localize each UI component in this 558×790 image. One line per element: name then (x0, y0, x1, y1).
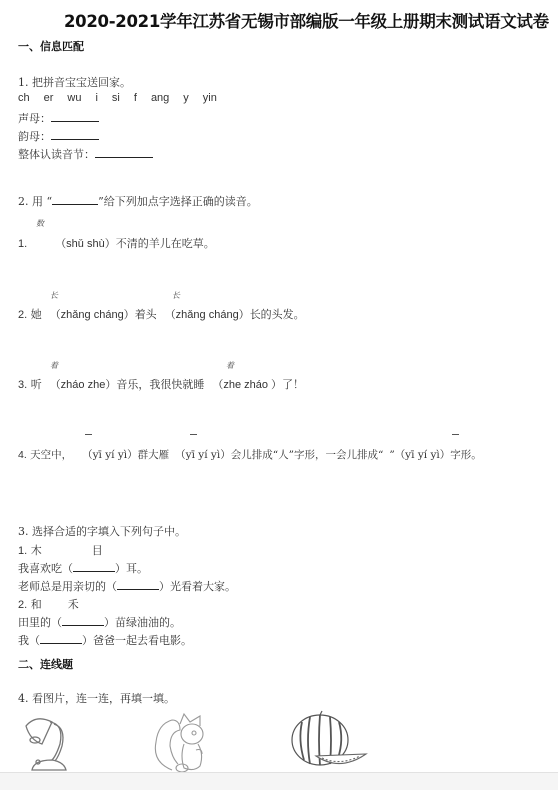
lamp-picture-icon (22, 714, 72, 772)
fill-blank[interactable] (73, 562, 115, 572)
dotted-char-mark: 长 (50, 290, 58, 301)
zhengti-label: 整体认读音节： (18, 148, 95, 161)
fill-blank[interactable] (62, 616, 104, 626)
dotted-char-mark: 长 (172, 290, 180, 301)
pinyin-item: wu (67, 92, 81, 104)
dotted-char-mark: 数 (36, 218, 44, 229)
q1-zhengti-row: 整体认读音节： (18, 146, 153, 162)
sentence-text: 音乐，我很快就睡 (116, 378, 204, 391)
sentence-text: 了！ (282, 378, 304, 391)
item-number: 3. (18, 379, 27, 391)
document-page: 2020-2021学年江苏省无锡市部编版一年级上册期末测试语文试卷 一、信息匹配… (0, 0, 558, 772)
fill-blank[interactable] (40, 634, 82, 644)
sentence-text: 她 (31, 308, 42, 321)
dotted-char-mark: 着 (50, 360, 58, 371)
shengmu-label: 声母： (18, 112, 51, 125)
q1-shengmu-row: 声母： (18, 110, 99, 126)
sentence-text: 老师总是用亲切的（ (18, 580, 117, 593)
pinyin-item: ang (151, 92, 169, 104)
sentence-text: 会儿排成“人”字形，一会儿排成“ (231, 449, 384, 461)
choice-char: 和 (31, 598, 42, 611)
sentence-text: 字形。 (450, 449, 482, 461)
pinyin-item: si (112, 92, 120, 104)
pinyin-item: yin (203, 92, 217, 104)
pinyin-options: （zhǎng cháng） (50, 309, 135, 321)
pinyin-item: f (134, 92, 137, 104)
item-number: 2. (18, 309, 27, 321)
q2-prompt-pre: 2. 用 “ (18, 195, 52, 208)
pinyin-item: y (183, 92, 189, 104)
choice-char: 木 (31, 544, 42, 557)
yunmu-label: 韵母： (18, 130, 51, 143)
q1-yunmu-row: 韵母： (18, 128, 99, 144)
item-number: 4. (18, 449, 27, 461)
sentence-text: 天空中， (30, 449, 72, 461)
pinyin-item: i (95, 92, 97, 104)
sentence-text: 我喜欢吃（ (18, 562, 73, 575)
squirrel-picture-icon (150, 712, 218, 774)
sentence-text: 田里的（ (18, 616, 62, 629)
item-number: 1. (18, 238, 27, 250)
page-title: 2020-2021学年江苏省无锡市部编版一年级上册期末测试语文试卷 (64, 8, 549, 32)
q1-prompt: 1. 把拼音宝宝送回家。 (18, 74, 131, 90)
q2-prompt: 2. 用 “”给下列加点字选择正确的读音。 (18, 193, 258, 209)
q3-prompt: 3. 选择合适的字填入下列句子中。 (18, 523, 186, 539)
sentence-text: 长的头发。 (250, 308, 305, 321)
q4-prompt: 4. 看图片，连一连，再填一填。 (18, 690, 175, 706)
q2-item-4: 4. 天空中，（yī yí yì）群大雁（yī yí yì）会儿排成“人”字形，… (18, 447, 482, 462)
sentence-text: 不清的羊儿在吃草。 (116, 237, 215, 250)
viewer-bottom-bar (0, 772, 558, 790)
group-number: 1. (18, 545, 27, 557)
section-heading-1: 一、信息匹配 (18, 38, 84, 54)
fill-blank[interactable] (117, 580, 159, 590)
sentence-text: 群大雁 (138, 449, 170, 461)
sentence-text: 我（ (18, 634, 40, 647)
macron-mark (190, 434, 197, 435)
pinyin-options: （yī yí yì） (175, 449, 231, 461)
sentence-text: 着头 (135, 308, 157, 321)
q3-group-1-chars: 1. 木目 (18, 542, 103, 558)
section-heading-2: 二、连线题 (18, 656, 73, 672)
sentence-text: ）爸爸一起去看电影。 (82, 634, 192, 647)
macron-mark (452, 434, 459, 435)
pinyin-options: （yī yí yì） (82, 449, 138, 461)
q3-sentence-1: 我喜欢吃（）耳。 (18, 560, 148, 576)
pinyin-options: （zháo zhe） (50, 379, 117, 391)
group-number: 2. (18, 599, 27, 611)
q1-pinyin-list: cherwuisifangyyin (18, 92, 231, 104)
dotted-char-mark: 着 (226, 360, 234, 371)
sentence-text: ）光看着大家。 (159, 580, 236, 593)
q2-answer-blank[interactable] (52, 195, 98, 205)
sentence-text: ）耳。 (115, 562, 148, 575)
pinyin-options: （yī yí yì） (395, 449, 451, 461)
q2-item-2: 2. 她（zhǎng cháng）着头（zhǎng cháng）长的头发。 (18, 306, 305, 322)
q2-item-1: 1.（shǔ shù）不清的羊儿在吃草。 (18, 235, 215, 251)
zhengti-answer-blank[interactable] (95, 148, 153, 158)
yunmu-answer-blank[interactable] (51, 130, 99, 140)
q3-sentence-3: 田里的（）苗绿油油的。 (18, 614, 181, 630)
pinyin-item: er (44, 92, 54, 104)
shengmu-answer-blank[interactable] (51, 112, 99, 122)
q2-item-3: 3. 听（zháo zhe）音乐，我很快就睡（zhe zháo ）了！ (18, 376, 304, 392)
macron-mark (85, 434, 92, 435)
watermelon-picture-icon (290, 710, 370, 772)
q3-sentence-4: 我（）爸爸一起去看电影。 (18, 632, 192, 648)
pinyin-options: （zhǎng cháng） (165, 309, 250, 321)
q3-sentence-2: 老师总是用亲切的（）光看着大家。 (18, 578, 236, 594)
pinyin-options: （shǔ shù） (55, 238, 116, 250)
q3-group-2-chars: 2. 和禾 (18, 596, 79, 612)
sentence-text: 听 (31, 378, 42, 391)
choice-char: 禾 (68, 598, 79, 611)
sentence-text: ）苗绿油油的。 (104, 616, 181, 629)
pinyin-item: ch (18, 92, 30, 104)
choice-char: 目 (92, 544, 103, 557)
pinyin-options: （zhe zháo ） (212, 379, 282, 391)
q2-prompt-post: ”给下列加点字选择正确的读音。 (98, 195, 258, 208)
